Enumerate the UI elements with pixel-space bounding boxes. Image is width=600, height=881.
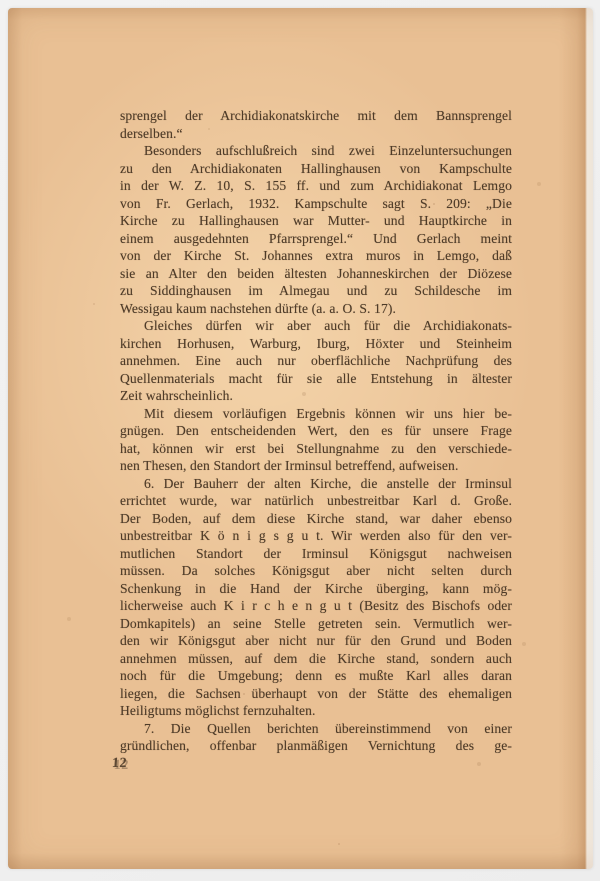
text-line: Domkapitels) an seine Stelle getreten se… [120,615,512,633]
paragraph: 7. Die Quellen berichten übereinstimmend… [120,720,512,755]
text-line: gnügen. Den entscheidenden Wert, den es … [120,422,512,440]
paragraph: 6. Der Bauherr der alten Kirche, die ans… [120,475,512,720]
text-line: in der W. Z. 10, S. 155 ff. und zum Arch… [120,177,512,195]
text-line: zu Siddinghausen im Almegau und zu Schil… [120,282,512,300]
text-line: Kirche zu Hallinghausen war Mutter- und … [120,212,512,230]
page-number: 12 [111,756,127,772]
text-line: gründlichen, offenbar planmäßigen Vernic… [120,737,512,755]
text-line: annehmen müssen, auf dem die Kirche stan… [120,650,512,668]
text-line: nen Thesen, den Standort der Irminsul be… [120,457,512,475]
paragraph: sprengel der Archidiakonatskirche mit de… [120,107,512,142]
text-line: Schenkung in die Hand der Kirche übergin… [120,580,512,598]
paragraph: Gleiches dürfen wir aber auch für die Ar… [120,317,512,405]
text-line: unbestreitbar K ö n i g s g u t. Wir wer… [120,527,512,545]
text-line: kirchen Horhusen, Warburg, Iburg, Höxter… [120,335,512,353]
text-line: derselben.“ [120,125,512,143]
text-line: hat, können wir erst bei Stellungnahme z… [120,440,512,458]
paragraph: Mit diesem vorläufigen Ergebnis können w… [120,405,512,475]
text-line: annehmen. Eine auch nur oberflächliche N… [120,352,512,370]
text-line: errichtet wurde, war natürlich unbestrei… [120,492,512,510]
text-line: noch für die Umgebung; denn es mußte Kar… [120,667,512,685]
text-line: von der Kirche St. Johannes extra muros … [120,247,512,265]
scan-background: sprengel der Archidiakonatskirche mit de… [0,0,600,881]
text-line: sprengel der Archidiakonatskirche mit de… [120,107,512,125]
text-line: 6. Der Bauherr der alten Kirche, die ans… [120,475,512,493]
text-line: sie an Alter den beiden ältesten Johanne… [120,265,512,283]
text-line: müssen. Da solches Königsgut aber nicht … [120,562,512,580]
text-line: Mit diesem vorläufigen Ergebnis können w… [120,405,512,423]
text-line: den wir Königsgut aber nicht nur für den… [120,632,512,650]
text-line: Besonders aufschlußreich sind zwei Einze… [120,142,512,160]
paragraph: Besonders aufschlußreich sind zwei Einze… [120,142,512,317]
text-line: Der Boden, auf dem diese Kirche stand, w… [120,510,512,528]
text-line: mutlichen Standort der Irminsul Königsgu… [120,545,512,563]
text-line: zu den Archidiakonaten Hallinghausen von… [120,160,512,178]
book-page: sprengel der Archidiakonatskirche mit de… [8,8,593,869]
text-line: Zeit wahrscheinlich. [120,387,512,405]
text-line: liegen, die Sachsen überhaupt von der St… [120,685,512,703]
text-line: von Fr. Gerlach, 1932. Kampschulte sagt … [120,195,512,213]
text-line: Quellenmaterials macht für sie alle Ents… [120,370,512,388]
text-block: sprengel der Archidiakonatskirche mit de… [120,107,512,755]
text-line: licherweise auch K i r c h e n g u t (Be… [120,597,512,615]
text-line: Heiligtums möglichst fernzuhalten. [120,702,512,720]
text-line: Wessigau kaum nachstehen dürfte (a. a. O… [120,300,512,318]
text-line: Gleiches dürfen wir aber auch für die Ar… [120,317,512,335]
paper-speckles [8,8,10,10]
text-line: einem ausgedehnten Pfarrsprengel.“ Und G… [120,230,512,248]
text-line: 7. Die Quellen berichten übereinstimmend… [120,720,512,738]
